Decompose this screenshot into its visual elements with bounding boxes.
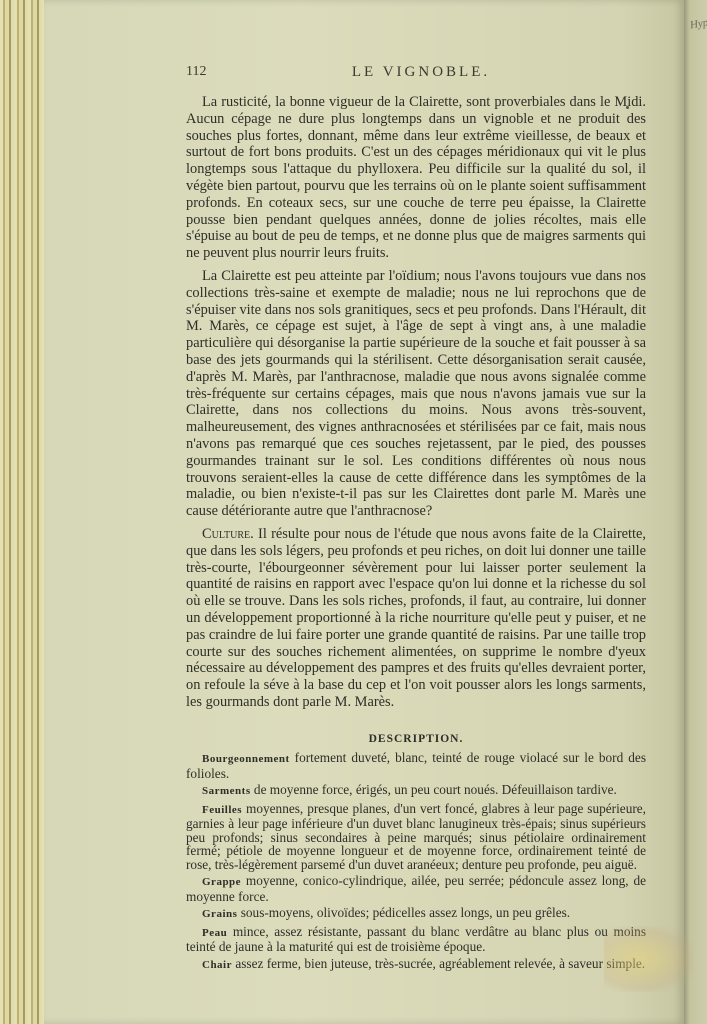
culture-label: Culture. xyxy=(202,526,254,542)
description-item: Sarments de moyenne force, érigés, un pe… xyxy=(186,783,646,799)
description-term: Grappe xyxy=(202,876,241,888)
description-item: Bourgeonnement fortement duveté, blanc, … xyxy=(186,751,646,780)
book-spine-page-edges xyxy=(0,0,48,1024)
description-item: Peau mince, assez résistante, passant du… xyxy=(186,925,646,954)
description-item: Grappe moyenne, conico-cylindrique, ailé… xyxy=(186,874,646,903)
facing-page-edge xyxy=(684,0,707,1024)
description-text: sous-moyens, olivoïdes; pédicelles assez… xyxy=(237,905,570,920)
description-term: Grains xyxy=(202,908,237,920)
description-item: Grains sous-moyens, olivoïdes; pédicelle… xyxy=(186,906,646,922)
paragraph-culture: Culture. Il résulte pour nous de l'étude… xyxy=(186,526,646,711)
body-text: La rusticité, la bonne vigueur de la Cla… xyxy=(186,94,646,975)
description-text: mince, assez résistante, passant du blan… xyxy=(186,924,646,955)
description-term: Sarments xyxy=(202,785,251,797)
description-heading: DESCRIPTION. xyxy=(186,731,646,748)
paragraph-rusticity: La rusticité, la bonne vigueur de la Cla… xyxy=(186,94,646,262)
description-text: de moyenne force, érigés, un peu court n… xyxy=(251,782,617,797)
description-term: Chair xyxy=(202,959,232,971)
running-title: LE VIGNOBLE. xyxy=(186,64,656,81)
page-header: 112 LE VIGNOBLE. xyxy=(186,64,656,86)
description-list: Bourgeonnement fortement duveté, blanc, … xyxy=(186,751,646,972)
description-text: moyenne, conico-cylindrique, ailée, peu … xyxy=(186,873,646,904)
paragraph-oidium: La Clairette est peu atteinte par l'oïdi… xyxy=(186,268,646,520)
description-term: Bourgeonnement xyxy=(202,753,290,765)
description-item: Chair assez ferme, bien juteuse, très-su… xyxy=(186,957,646,973)
description-term: Peau xyxy=(202,927,227,939)
description-text: assez ferme, bien juteuse, très-sucrée, … xyxy=(232,956,645,971)
description-item: Feuilles moyennes, presque planes, d'un … xyxy=(186,802,646,872)
photo-reflection-stain xyxy=(604,926,694,992)
culture-text: Il résulte pour nous de l'étude que nous… xyxy=(186,526,646,710)
description-term: Feuilles xyxy=(202,804,242,816)
description-text: moyennes, presque planes, d'un vert fonc… xyxy=(186,801,646,872)
